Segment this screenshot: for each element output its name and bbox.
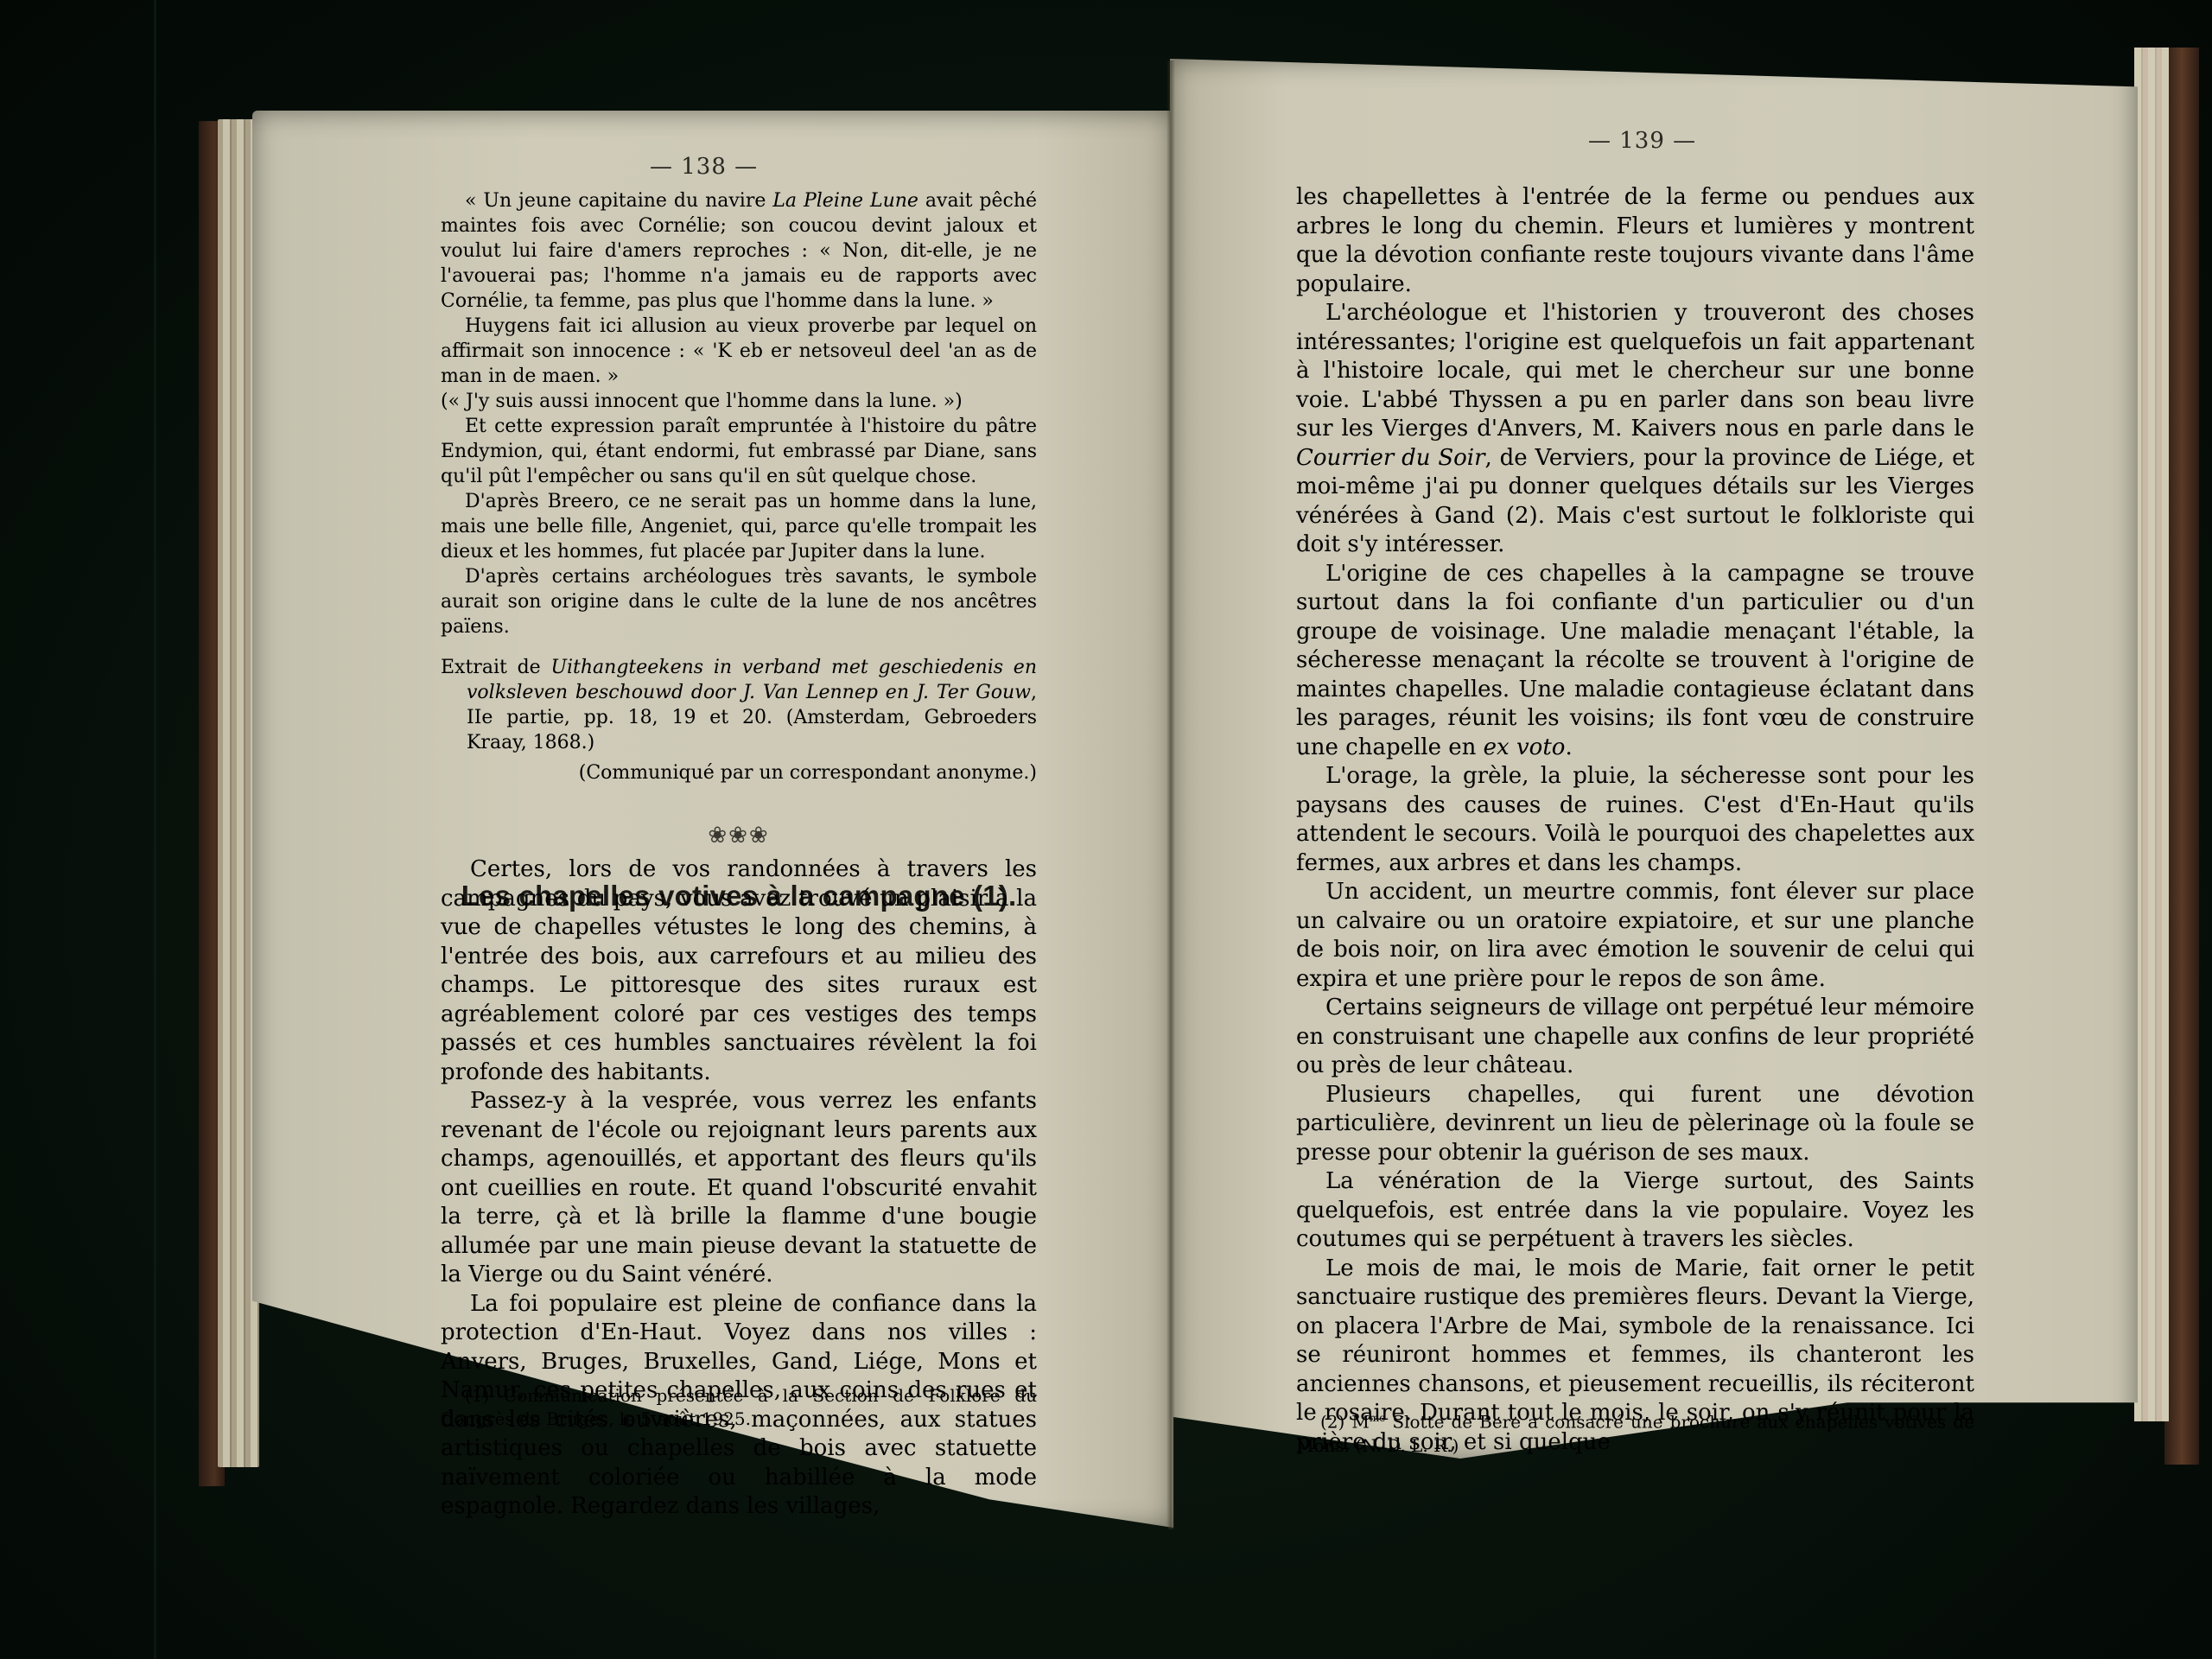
flower-ornament-icon: ❀❀❀: [441, 823, 1037, 849]
ship-name: La Pleine Lune: [772, 190, 918, 212]
body-paragraph-1: Certes, lors de vos randonnées à travers…: [441, 855, 1037, 1087]
body-paragraph-2: Passez-y à la vesprée, vous verrez les e…: [441, 1087, 1037, 1290]
ex-voto: ex voto: [1484, 734, 1566, 760]
body-paragraph: L'origine de ces chapelles à la campagne…: [1296, 560, 1974, 763]
body-paragraph: les chapellettes à l'entrée de la ferme …: [1296, 183, 1974, 299]
body-paragraph: Un accident, un meurtre commis, font éle…: [1296, 878, 1974, 994]
book-cover-edge-right: [2164, 48, 2199, 1465]
quote-paragraph-1: « Un jeune capitaine du navire La Pleine…: [441, 188, 1037, 314]
body-paragraph: Certains seigneurs de village ont perpét…: [1296, 994, 1974, 1081]
source-title: Uithangteekens in verband met geschieden…: [467, 657, 1037, 703]
attribution: (Communiqué par un correspondant anonyme…: [441, 760, 1037, 785]
body-paragraph: La vénération de la Vierge surtout, des …: [1296, 1167, 1974, 1255]
source-citation: Extrait de Uithangteekens in verband met…: [441, 655, 1037, 755]
body-paragraph: L'archéologue et l'historien y trouveron…: [1296, 299, 1974, 560]
quote-paragraph-6: D'après certains archéologues très savan…: [441, 564, 1037, 639]
quote-paragraph-4: Et cette expression paraît empruntée à l…: [441, 414, 1037, 489]
left-page-number: — 138 —: [650, 154, 758, 180]
quote-paragraph-2: Huygens fait ici allusion au vieux prove…: [441, 314, 1037, 389]
right-body: les chapellettes à l'entrée de la ferme …: [1296, 183, 1974, 1457]
quote-paragraph-5: D'après Breero, ce ne serait pas un homm…: [441, 489, 1037, 564]
body-paragraph: Plusieurs chapelles, qui furent une dévo…: [1296, 1081, 1974, 1168]
right-page-number: — 139 —: [1588, 128, 1696, 154]
background-cloth-seam: [154, 0, 156, 1659]
quote-block: « Un jeune capitaine du navire La Pleine…: [441, 188, 1037, 939]
page-stack-right: [2134, 48, 2169, 1421]
footnote-2: (2) Mme Slotte de Bere a consacré une br…: [1296, 1407, 1974, 1458]
quote-paragraph-3: (« J'y suis aussi innocent que l'homme d…: [441, 389, 1037, 414]
body-paragraph: L'orage, la grèle, la pluie, la sécheres…: [1296, 762, 1974, 878]
footnote-1: (1) Communication présentée à la Section…: [441, 1384, 1037, 1431]
book-gutter: [1166, 60, 1175, 1529]
newspaper-title: Courrier du Soir: [1296, 445, 1485, 471]
